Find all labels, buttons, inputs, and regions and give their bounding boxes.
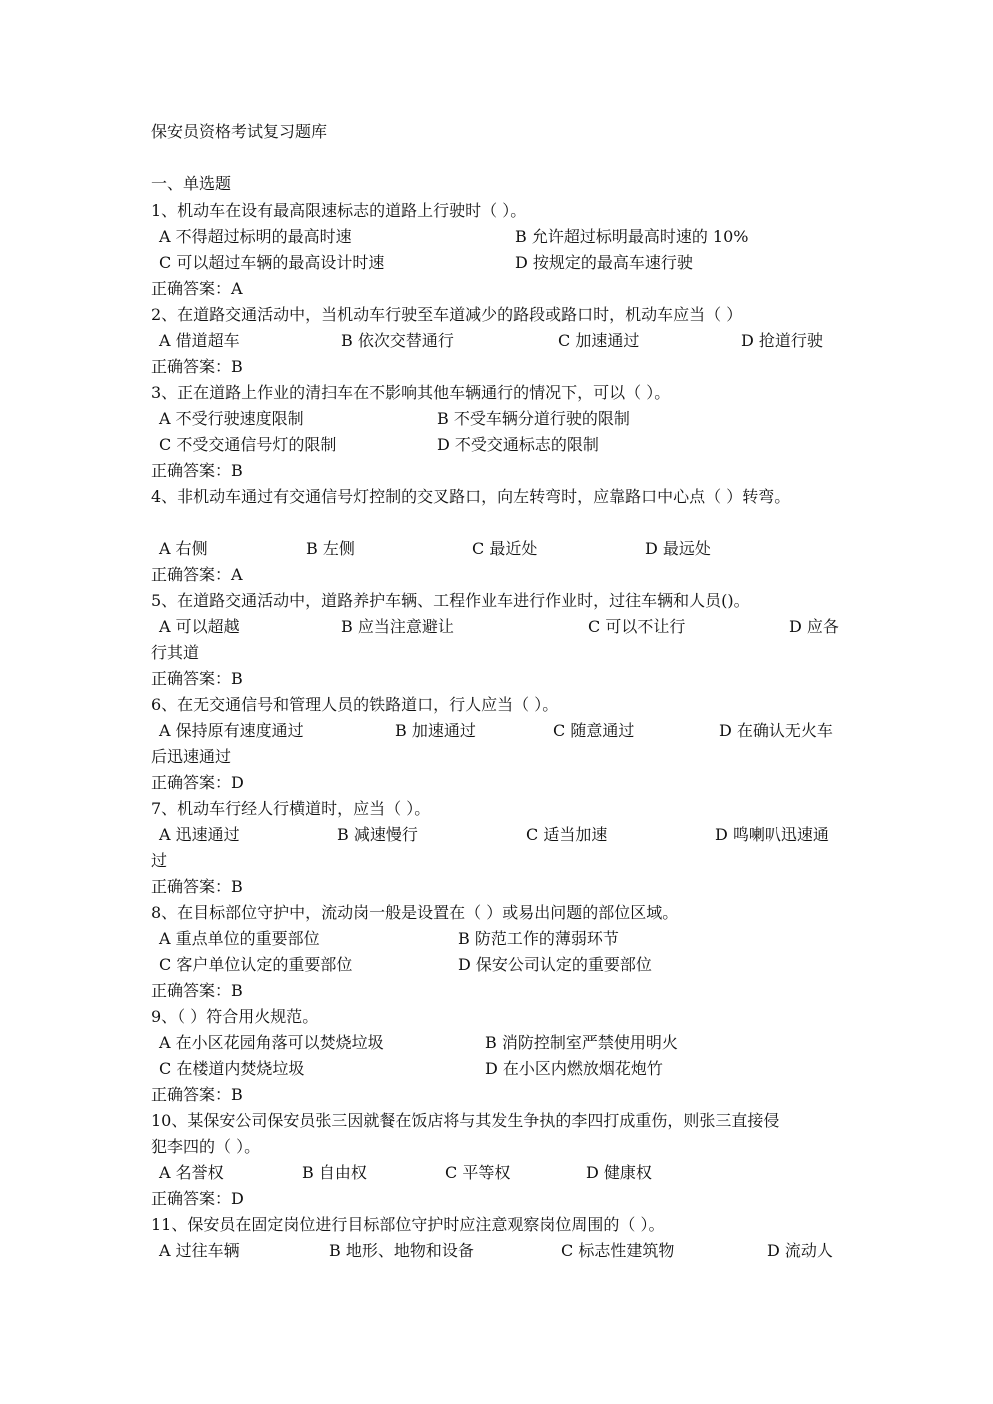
- question-5-answer: 正确答案：B: [151, 669, 243, 689]
- question-10-answer: 正确答案：D: [151, 1189, 244, 1209]
- document-page: 保安员资格考试复习题库 一、单选题 1、机动车在设有最高限速标志的道路上行驶时（…: [0, 0, 993, 1404]
- question-11-option-d: D 流动人: [767, 1241, 833, 1261]
- question-7-option-b: B 减速慢行: [337, 825, 418, 845]
- question-6-option-b: B 加速通过: [395, 721, 476, 741]
- question-2-answer: 正确答案：B: [151, 357, 243, 377]
- question-7-answer: 正确答案：B: [151, 877, 243, 897]
- question-10-stem-line-1: 10、某保安公司保安员张三因就餐在饭店将与其发生争执的李四打成重伤，则张三直接侵: [151, 1111, 779, 1131]
- question-2-option-c: C 加速通过: [558, 331, 639, 351]
- question-3-option-c: C 不受交通信号灯的限制: [159, 435, 336, 455]
- question-7-option-d: D 鸣喇叭迅速通: [715, 825, 829, 845]
- question-3-option-d: D 不受交通标志的限制: [437, 435, 599, 455]
- question-6-option-c: C 随意通过: [553, 721, 634, 741]
- question-4-option-c: C 最近处: [472, 539, 537, 559]
- question-8-option-d: D 保安公司认定的重要部位: [458, 955, 652, 975]
- question-8-option-c: C 客户单位认定的重要部位: [159, 955, 352, 975]
- question-6-answer: 正确答案：D: [151, 773, 244, 793]
- question-11-option-c: C 标志性建筑物: [561, 1241, 674, 1261]
- question-4-stem: 4、非机动车通过有交通信号灯控制的交叉路口，向左转弯时，应靠路口中心点（ ）转弯…: [151, 487, 790, 507]
- question-5-option-c: C 可以不让行: [588, 617, 685, 637]
- question-1-option-a: A 不得超过标明的最高时速: [159, 227, 352, 247]
- question-3-option-a: A 不受行驶速度限制: [159, 409, 304, 429]
- question-6-option-d-continued: 后迅速通过: [151, 747, 231, 767]
- question-1-option-b: B 允许超过标明最高时速的 10%: [515, 227, 749, 247]
- question-1-answer: 正确答案：A: [151, 279, 243, 299]
- question-3-option-b: B 不受车辆分道行驶的限制: [437, 409, 630, 429]
- question-11-option-b: B 地形、地物和设备: [329, 1241, 474, 1261]
- question-2-stem: 2、在道路交通活动中，当机动车行驶至车道减少的路段或路口时，机动车应当（ ）: [151, 305, 742, 325]
- question-8-option-b: B 防范工作的薄弱环节: [458, 929, 619, 949]
- question-5-option-b: B 应当注意避让: [341, 617, 454, 637]
- question-4-option-b: B 左侧: [306, 539, 355, 559]
- question-11-option-a: A 过往车辆: [159, 1241, 240, 1261]
- question-2-option-d: D 抢道行驶: [741, 331, 823, 351]
- question-7-option-a: A 迅速通过: [159, 825, 240, 845]
- question-6-option-a: A 保持原有速度通过: [159, 721, 304, 741]
- question-7-option-d-continued: 过: [151, 851, 167, 871]
- question-10-option-b: B 自由权: [302, 1163, 367, 1183]
- question-6-stem: 6、在无交通信号和管理人员的铁路道口，行人应当（ ）。: [151, 695, 558, 715]
- question-10-option-a: A 名誉权: [159, 1163, 224, 1183]
- section-heading: 一、单选题: [151, 174, 231, 194]
- question-2-option-b: B 依次交替通行: [341, 331, 454, 351]
- question-1-option-d: D 按规定的最高车速行驶: [515, 253, 693, 273]
- question-2-option-a: A 借道超车: [159, 331, 240, 351]
- question-9-stem: 9、（ ）符合用火规范。: [151, 1007, 318, 1027]
- question-4-answer: 正确答案：A: [151, 565, 243, 585]
- question-9-option-d: D 在小区内燃放烟花炮竹: [485, 1059, 663, 1079]
- question-1-option-c: C 可以超过车辆的最高设计时速: [159, 253, 384, 273]
- question-5-option-d-continued: 行其道: [151, 643, 199, 663]
- question-6-option-d: D 在确认无火车: [719, 721, 833, 741]
- question-8-stem: 8、在目标部位守护中，流动岗一般是设置在（ ）或易出问题的部位区域。: [151, 903, 678, 923]
- question-10-option-c: C 平等权: [445, 1163, 510, 1183]
- question-9-option-b: B 消防控制室严禁使用明火: [485, 1033, 678, 1053]
- question-4-option-a: A 右侧: [159, 539, 208, 559]
- document-title: 保安员资格考试复习题库: [151, 122, 327, 142]
- question-5-option-a: A 可以超越: [159, 617, 240, 637]
- question-9-option-a: A 在小区花园角落可以焚烧垃圾: [159, 1033, 384, 1053]
- question-4-option-d: D 最远处: [645, 539, 711, 559]
- question-5-stem: 5、在道路交通活动中，道路养护车辆、工程作业车进行作业时，过往车辆和人员()。: [151, 591, 750, 611]
- question-1-stem: 1、机动车在设有最高限速标志的道路上行驶时（ ）。: [151, 201, 526, 221]
- question-8-option-a: A 重点单位的重要部位: [159, 929, 320, 949]
- question-3-stem: 3、正在道路上作业的清扫车在不影响其他车辆通行的情况下，可以（ ）。: [151, 383, 670, 403]
- question-3-answer: 正确答案：B: [151, 461, 243, 481]
- question-10-stem-line-2: 犯李四的（ ）。: [151, 1137, 260, 1157]
- question-8-answer: 正确答案：B: [151, 981, 243, 1001]
- question-7-option-c: C 适当加速: [526, 825, 607, 845]
- question-7-stem: 7、机动车行经人行横道时，应当（ ）。: [151, 799, 430, 819]
- question-5-option-d: D 应各: [789, 617, 839, 637]
- question-11-stem: 11、保安员在固定岗位进行目标部位守护时应注意观察岗位周围的（ ）。: [151, 1215, 664, 1235]
- question-10-option-d: D 健康权: [586, 1163, 652, 1183]
- question-9-answer: 正确答案：B: [151, 1085, 243, 1105]
- question-9-option-c: C 在楼道内焚烧垃圾: [159, 1059, 304, 1079]
